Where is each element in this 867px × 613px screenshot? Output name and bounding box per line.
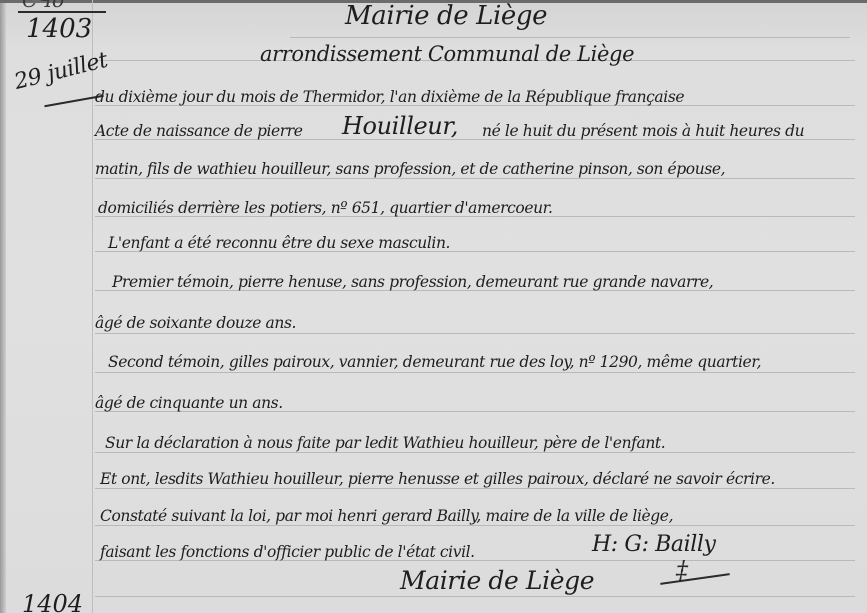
child-surname: Houilleur, [342,112,458,140]
ruled-line [95,596,855,597]
record-line-3: matin, fils de wathieu houilleur, sans p… [95,160,725,178]
record-line-5: L'enfant a été reconnu être du sexe masc… [108,234,450,252]
record-line-7: âgé de soixante douze ans. [95,314,296,332]
margin-rule-line [92,0,93,613]
record-line-11: Et ont, lesdits Wathieu houilleur, pierr… [100,470,775,488]
entry-number: 1403 [26,14,92,44]
record-line-13: faisant les fonctions d'officier public … [100,543,475,561]
ruled-line [95,488,855,489]
record-line-9: âgé de cinquante un ans. [95,394,283,412]
paraph-stroke [660,573,730,585]
record-line-2: Acte de naissance de pierre [95,122,303,140]
scanned-register-page: ЄЧо 1403 29 juillet 1404 Mairie de Liège… [0,0,867,613]
page-subtitle: arrondissement Communal de Liège [260,42,634,66]
ruled-line [95,372,855,373]
next-entry-number: 1404 [22,590,83,613]
margin-underline [18,11,106,13]
record-line-2-cont: né le huit du présent mois à huit heures… [482,122,804,140]
ruled-line [95,333,855,334]
record-line-6: Premier témoin, pierre henuse, sans prof… [112,273,713,291]
record-line-1: du dixième jour du mois de Thermidor, l'… [95,88,684,106]
ruled-line [95,178,855,179]
ruled-line [95,452,855,453]
record-line-10: Sur la déclaration à nous faite par ledi… [105,434,665,452]
record-line-8: Second témoin, gilles pairoux, vannier, … [108,353,761,371]
record-line-12: Constaté suivant la loi, par moi henri g… [100,507,673,525]
record-line-4: domiciliés derrière les potiers, nº 651,… [98,199,553,217]
ruled-line [95,525,855,526]
page-title: Mairie de Liège [345,1,547,31]
next-entry-title: Mairie de Liège [400,566,594,595]
mayor-signature: H: G: Bailly [592,532,716,557]
ruled-line [290,37,850,38]
